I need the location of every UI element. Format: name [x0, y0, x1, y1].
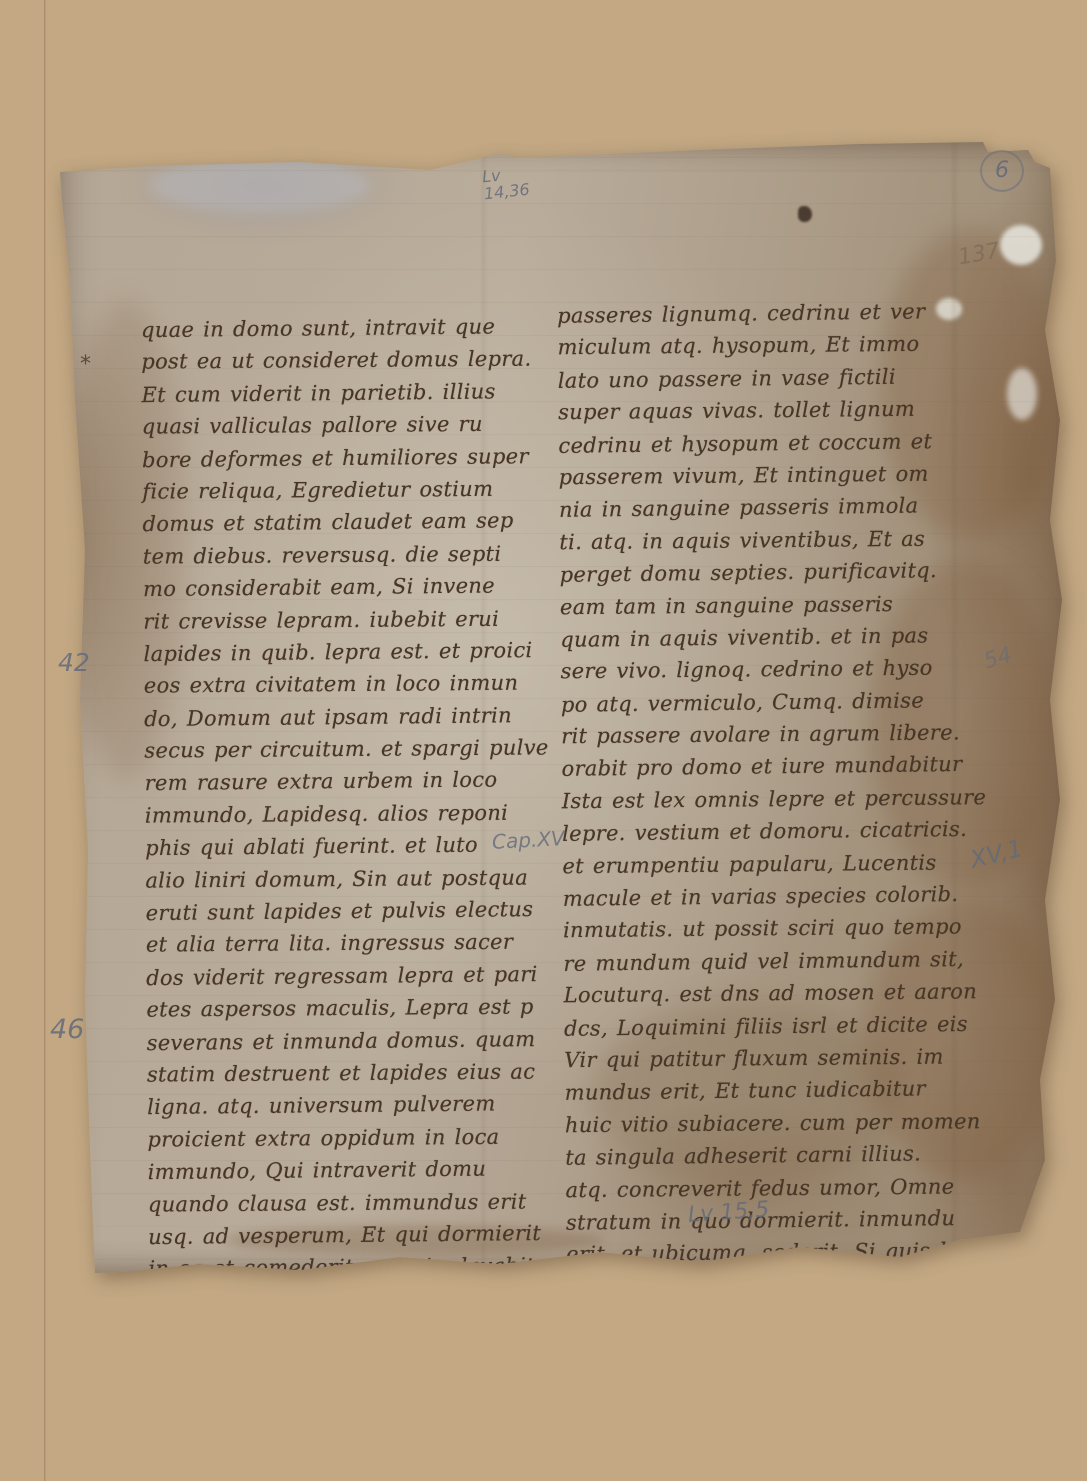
text-line: do, Domum aut ipsam radi intrin	[144, 699, 549, 736]
erased-text-streak	[380, 1368, 800, 1382]
text-line: po atq. vermiculo, Cumq. dimise	[561, 683, 1023, 721]
text-line: inmutatis. ut possit sciri quo tempo	[563, 910, 1025, 947]
manuscript-leaf-wrap: quae in domo sunt, intravit quepost ea u…	[50, 140, 1070, 1280]
text-line: passeres lignumq. cedrinu et ver	[557, 294, 1019, 332]
gray-smudge-stain	[150, 158, 370, 213]
text-line: phis qui ablati fuerint. et luto	[145, 828, 550, 865]
chalk-patch-top	[1000, 225, 1042, 265]
text-line: stratum in quo dormierit. inmundu	[566, 1201, 1028, 1239]
text-line: post ea ut consideret domus lepra.	[141, 343, 546, 379]
text-line: usq. ad vesperum, Et qui dormierit	[148, 1217, 553, 1254]
text-line: erit. et ubicumq. sederit, Si quis homi	[566, 1234, 1028, 1271]
text-line: macule et in varias species colorib.	[563, 877, 1025, 915]
erased-line-initial: Q	[335, 1362, 355, 1390]
text-line: re mundum quid vel immundum sit,	[563, 942, 1025, 980]
text-line: alio liniri domum, Sin aut postqua	[145, 861, 550, 897]
text-line: quasi valliculas pallore sive ru	[142, 408, 547, 444]
text-line: sere vivo. lignoq. cedrino et hyso	[560, 651, 1022, 688]
text-line: immundo, Lapidesq. alios reponi	[145, 796, 550, 832]
text-line: atq. concreverit fedus umor, Omne	[565, 1169, 1027, 1206]
text-line: sacerdos viderit lepra non crevisse	[149, 1315, 554, 1351]
backdrop: quae in domo sunt, intravit quepost ea u…	[0, 0, 1087, 1481]
text-line: et alia terra lita. ingressus sacer	[146, 926, 551, 962]
text-line: rit crevisse lepram. iubebit erui	[143, 602, 548, 638]
left-text-column: quae in domo sunt, intravit quepost ea u…	[141, 310, 554, 1350]
text-line: eruti sunt lapides et pulvis electus	[145, 893, 550, 930]
text-line: nia in sanguine passeris immola	[559, 489, 1021, 527]
text-line: ti. atq. in aquis viventibus, Et as	[559, 522, 1021, 559]
text-line: eam tam in sanguine passeris	[560, 586, 1022, 623]
text-line: cedrinu et hysopum et coccum et	[558, 424, 1020, 462]
ink-blot	[798, 206, 812, 222]
text-line: secus per circuitum. et spargi pulve	[144, 731, 549, 767]
text-line: dos viderit regressam lepra et pari	[146, 958, 551, 995]
text-line: super aquas vivas. tollet lignum	[558, 392, 1020, 429]
text-line: orabit pro domo et iure mundabitur	[561, 748, 1023, 786]
erased-text-streak-2	[300, 1392, 620, 1404]
text-line: quae in domo sunt, intravit que	[141, 310, 546, 347]
text-line: quam in aquis viventib. et in pas	[560, 618, 1022, 656]
text-line: Ista est lex omnis lepre et percussure	[562, 781, 1024, 818]
text-line: etes aspersos maculis, Lepra est p	[146, 991, 551, 1027]
text-line: rem rasure extra urbem in loco	[144, 763, 549, 800]
text-line: proicient extra oppidum in loca	[147, 1120, 552, 1156]
text-line: domus et statim claudet eam sep	[142, 504, 547, 541]
manuscript-leaf: quae in domo sunt, intravit quepost ea u…	[50, 140, 1070, 1275]
text-line: severans et inmunda domus. quam	[146, 1022, 551, 1059]
text-line: tem diebus. reversusq. die septi	[143, 537, 548, 573]
text-line: Et cum viderit in parietib. illius	[141, 375, 546, 412]
right-text-column: passeres lignumq. cedrinu et vermiculum …	[557, 295, 1029, 1336]
text-line: lapides in quib. lepra est. et proici	[143, 634, 548, 671]
text-line: perget domu septies. purificavitq.	[559, 553, 1021, 591]
text-line: miculum atq. hysopum, Et immo	[557, 327, 1019, 364]
text-line: lepre. vestium et domoru. cicatricis.	[562, 812, 1024, 850]
text-line: in ea et comederit quippia. lavabit	[148, 1250, 553, 1286]
text-line: immundo, Qui intraverit domu	[148, 1152, 553, 1189]
text-line: ficie reliqua, Egredietur ostium	[142, 472, 547, 508]
text-line: lato uno passere in vase fictili	[558, 359, 1020, 397]
text-line: huic vitio subiacere. cum per momen	[565, 1105, 1027, 1142]
text-line: mundus erit, Et tunc iudicabitur	[564, 1072, 1026, 1110]
text-line: bore deformes et humiliores super	[142, 439, 547, 476]
text-line: et erumpentiu papularu, Lucentis	[562, 845, 1024, 882]
text-line: ta singula adheserit carni illius.	[565, 1136, 1027, 1174]
backdrop-crease-line	[44, 0, 46, 1481]
text-line: statim destruent et lapides eius ac	[147, 1055, 552, 1091]
text-line: num tetigerit lectulum eius lava	[566, 1266, 1028, 1304]
text-line: Locuturq. est dns ad mosen et aaron	[564, 975, 1026, 1012]
text-line: ligna. atq. universum pulverem	[147, 1087, 552, 1124]
text-line: dcs, Loquimini filiis isrl et dicite eis	[564, 1007, 1026, 1045]
text-line: eos extra civitatem in loco inmun	[144, 667, 549, 703]
text-line: quando clausa est. immundus erit	[148, 1185, 553, 1221]
text-line: mo considerabit eam, Si invene	[143, 569, 548, 606]
text-line: vestimenta sua, Quod si introiens	[149, 1282, 554, 1319]
text-line: bit vestimenta sua. et ipse lotus aqua	[567, 1299, 1029, 1336]
